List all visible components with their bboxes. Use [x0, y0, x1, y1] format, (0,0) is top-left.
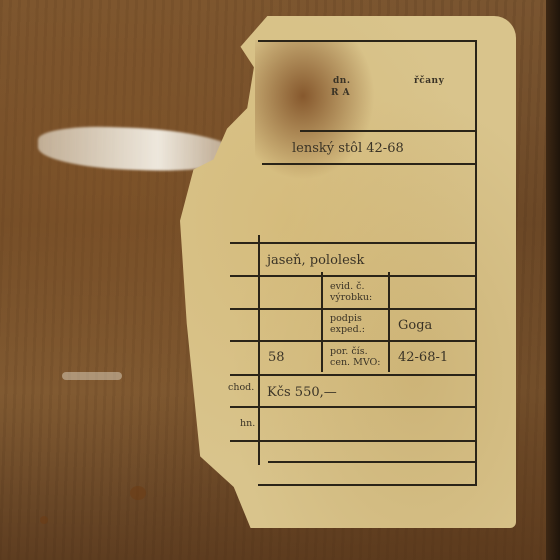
- next-row-caption: hn.: [240, 418, 255, 429]
- paint-smear-small: [62, 372, 122, 380]
- header-left-top: dn.: [333, 76, 350, 86]
- wood-stain: [130, 486, 146, 500]
- form-rule: [300, 130, 475, 132]
- field-value-podpis: Goga: [398, 318, 432, 333]
- header-right: řčany: [414, 76, 444, 86]
- form-rule: [268, 461, 475, 463]
- form-rule: [230, 340, 475, 342]
- wood-edge: [546, 0, 560, 560]
- left-column-number: 58: [268, 350, 285, 365]
- header-left-bottom: R A: [331, 88, 350, 98]
- wood-stain: [40, 516, 48, 524]
- form-divider: [388, 272, 390, 372]
- field-value-por-cis: 42-68-1: [398, 350, 448, 365]
- form-rule: [230, 406, 475, 408]
- price-row-caption: chod.: [228, 382, 254, 393]
- form-rule: [230, 374, 475, 376]
- field-caption-podpis: podpis exped.:: [330, 313, 386, 335]
- form-rule: [230, 242, 475, 244]
- material: jaseň, pololesk: [267, 253, 364, 268]
- price: Kčs 550,—: [267, 385, 337, 400]
- form-rule: [262, 163, 475, 165]
- form-divider: [258, 235, 260, 465]
- field-caption-evid: evid. č. výrobku:: [330, 281, 386, 303]
- field-caption-por-cis: por. čís. cen. MVO:: [330, 346, 386, 368]
- form-divider: [321, 272, 323, 372]
- form-rule: [230, 440, 475, 442]
- form-rule: [230, 275, 475, 277]
- form-rule: [230, 308, 475, 310]
- product-name: lenský stôl 42-68: [292, 141, 404, 156]
